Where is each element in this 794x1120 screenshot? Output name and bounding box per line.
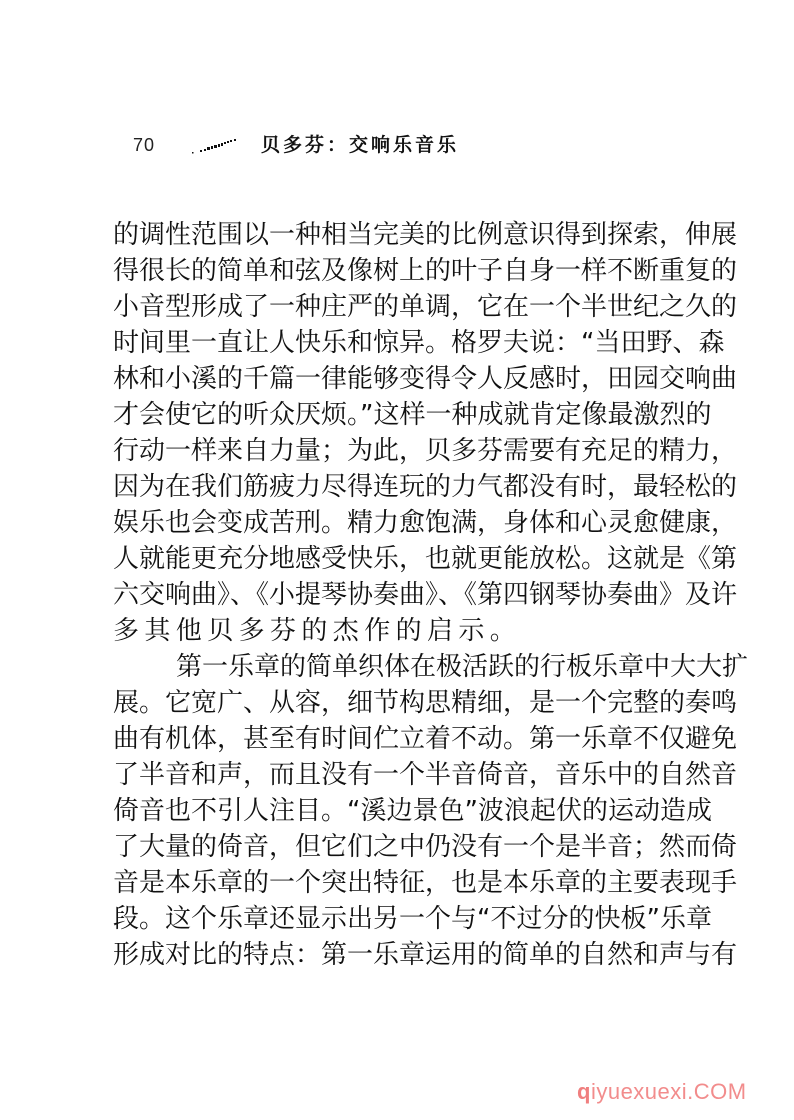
text-line: 段。这个乐章还显示出另一个与“不过分的快板”乐章 [113, 901, 679, 937]
text-line: 第一乐章的简单织体在极活跃的行板乐章中大大扩 [113, 649, 679, 685]
watermark: qiyuexuexi.COM [577, 1079, 747, 1105]
text-line: 了半音和声，而且没有一个半音倚音，音乐中的自然音 [113, 757, 679, 793]
text-line: 的调性范围以一种相当完美的比例意识得到探索，伸展 [113, 217, 679, 253]
decorative-flourish-icon [190, 137, 250, 155]
text-line: 六交响曲》、《小提琴协奏曲》、《第四钢琴协奏曲》及许 [113, 577, 679, 613]
text-line: 因为在我们筋疲力尽得连玩的力气都没有时，最轻松的 [113, 469, 679, 505]
watermark-text: iyuexuexi.COM [591, 1079, 747, 1104]
text-line: 林和小溪的千篇一律能够变得令人反感时，田园交响曲 [113, 361, 679, 397]
page-number: 70 [133, 133, 155, 157]
text-line: 了大量的倚音，但它们之中仍没有一个是半音；然而倚 [113, 829, 679, 865]
text-line: 展。它宽广、从容，细节构思精细，是一个完整的奏鸣 [113, 685, 679, 721]
text-line: 曲有机体，甚至有时间伫立着不动。第一乐章不仅避免 [113, 721, 679, 757]
text-line: 小音型形成了一种庄严的单调，它在一个半世纪之久的 [113, 289, 679, 325]
text-line: 得很长的简单和弦及像树上的叶子自身一样不断重复的 [113, 253, 679, 289]
text-line: 时间里一直让人快乐和惊异。格罗夫说：“当田野、森 [113, 325, 679, 361]
paragraph-2: 第一乐章的简单织体在极活跃的行板乐章中大大扩 展。它宽广、从容，细节构思精细，是… [113, 649, 679, 973]
text-line: 娱乐也会变成苦刑。精力愈饱满，身体和心灵愈健康， [113, 505, 679, 541]
running-title: 贝多芬：交响乐音乐 [261, 133, 459, 157]
text-line: 音是本乐章的一个突出特征，也是本乐章的主要表现手 [113, 865, 679, 901]
text-line: 多其他贝多芬的杰作的启示。 [113, 613, 679, 649]
paragraph-1: 的调性范围以一种相当完美的比例意识得到探索，伸展 得很长的简单和弦及像树上的叶子… [113, 217, 679, 649]
page-header: 70 贝多芬：交响乐音乐 [133, 133, 533, 157]
text-line: 人就能更充分地感受快乐，也就更能放松。这就是《第 [113, 541, 679, 577]
watermark-logo-letter: q [577, 1079, 591, 1104]
text-line: 形成对比的特点：第一乐章运用的简单的自然和声与有 [113, 937, 679, 973]
text-line: 倚音也不引人注目。“溪边景色”波浪起伏的运动造成 [113, 793, 679, 829]
text-line: 行动一样来自力量；为此，贝多芬需要有充足的精力， [113, 433, 679, 469]
body-text: 的调性范围以一种相当完美的比例意识得到探索，伸展 得很长的简单和弦及像树上的叶子… [113, 217, 679, 973]
text-line: 才会使它的听众厌烦。”这样一种成就肯定像最激烈的 [113, 397, 679, 433]
